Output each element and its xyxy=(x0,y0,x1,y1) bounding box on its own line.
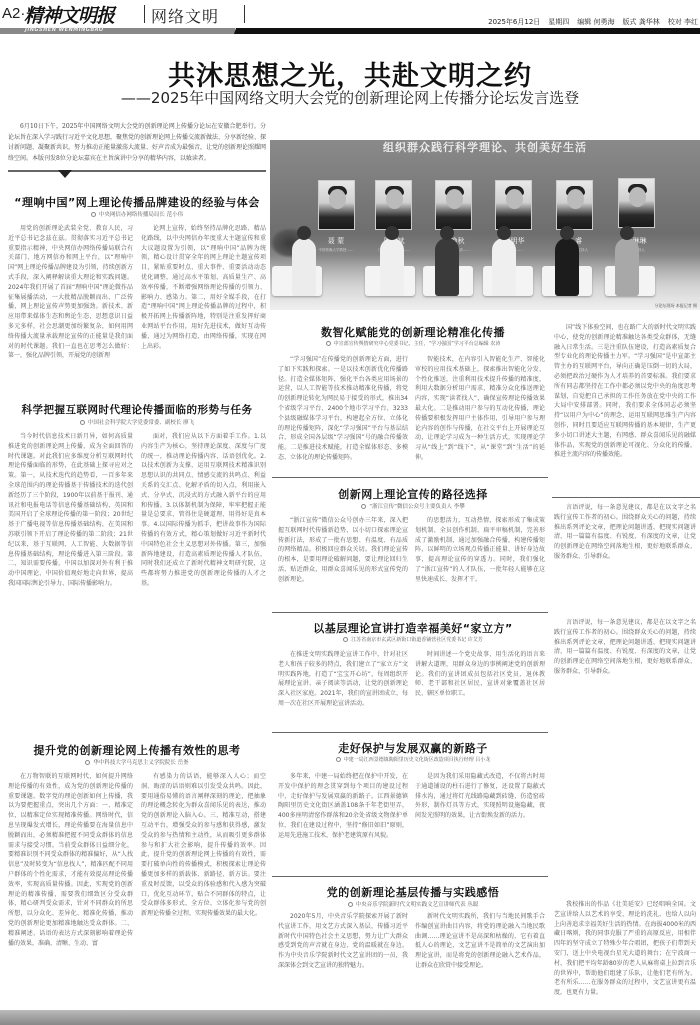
masthead-meta: 2025年6月12日 星期四 编辑 何勇海 版式 龚华林 校对 李红 xyxy=(488,17,698,27)
photo-credit: 分论坛现场 本报记者 摄 xyxy=(654,303,697,309)
article-title: 以基层理论宣讲打造幸福美好“家立方” xyxy=(278,620,548,636)
down-triangle-icon xyxy=(58,170,72,178)
byline-circle-icon xyxy=(326,341,331,346)
guest-figure xyxy=(492,238,516,296)
editor-credit: 编辑 何勇海 xyxy=(577,17,614,27)
article-column: 当今时代信息技术日新月异，如何高质量推进党的创新理论网上传播，成为全面回答的时代… xyxy=(8,432,133,732)
byline-circle-icon xyxy=(85,760,90,765)
article-column: “浙江宣传”微信公众号创办三年来，深入把握互联网时代传播新趋势，以小切口探索理论… xyxy=(278,516,408,611)
masthead: A2· 精神文明报 网络文明 JINGSHEN WENMINGBAO 2025年… xyxy=(0,0,700,36)
article-column: 时间讲述一个党史故事，用生活化的语言来讲解大道理，用群众身边的事例阐述党的创新理… xyxy=(415,650,545,728)
section-divider xyxy=(272,477,548,478)
lede-paragraph: 6月10日下午，2025年中国网络文明大会党的创新理论网上传播分论坛在安徽合肥举… xyxy=(8,122,266,164)
paper-name-logo: 精神文明报 xyxy=(24,1,114,28)
article-byline: 中宣部宣传舆情研究中心党委书记、主任，“学习强国”学习平台总编辑 农涛 xyxy=(272,340,554,347)
page-code: A2· xyxy=(2,5,25,22)
byline-circle-icon xyxy=(336,757,341,762)
guest-figure xyxy=(615,238,639,296)
section-divider xyxy=(272,612,548,613)
panelist-portrait xyxy=(556,180,593,230)
article-title: 创新网上理论宣传的路径选择 xyxy=(278,486,548,502)
guest-figure xyxy=(435,238,459,296)
article-column: 2020年5月，中央音乐学院探索开展了新时代宣讲工作，用文艺方式深入基层，传播习… xyxy=(278,912,408,1007)
proofreader-credit: 校对 李红 xyxy=(668,17,698,27)
article-column: 是因为我们采用隐藏式改造，不仅将古时用于通道铺设的柱石进行了修复，还设置了隐蔽式… xyxy=(415,772,545,872)
article-column: 在万物智联的互联网时代，如何提升网络理论传播的有效性，成为党的创新理论传播的重要… xyxy=(8,772,133,1007)
guest-figure xyxy=(380,238,404,296)
article-column: 多年来，中建一局始终把在保护中开发，在开发中保护的理念贯穿到每个项目的建设过程中… xyxy=(278,772,408,872)
article-byline: 华中科技大学马克思主义学院院长 岳崟 xyxy=(8,758,266,766)
page-subheadline: ——2025年中国网络文明大会党的创新理论网上传播分论坛发言选登 xyxy=(0,87,700,108)
panelist-portrait xyxy=(435,180,472,230)
lede-divider xyxy=(8,170,266,172)
article-title: “理响中国”网上理论传播品牌建设的经验与体会 xyxy=(8,194,266,210)
article-column: 用党的创新理论武装全党、教育人民，习近平总书记念兹在兹。贯彻落实习近平总书记重要… xyxy=(8,224,133,374)
issue-date: 2025年6月12日 xyxy=(488,17,540,27)
article-title: 走好保护与发展双赢的新路子 xyxy=(278,740,548,756)
article-column: “学习强国”在传播党的创新理论方面，进行了如下实践和探索。一是以技术创新优化传播… xyxy=(278,355,408,475)
byline-circle-icon xyxy=(343,637,348,642)
article-column: 有感染力的话语，能够深入人心；而空洞、晦涩的话语则难以引发受众共鸣。因此，要用通… xyxy=(141,772,266,1007)
section-divider xyxy=(272,732,548,733)
panelist-portrait xyxy=(375,180,412,230)
article-byline: 中央网信办网络传播局局长 范小伟 xyxy=(8,210,266,218)
article-byline: 中建一局江西景德镇陶阳里历史文化街区改造项目执行经理 吕小龙 xyxy=(274,756,552,763)
article-column: 言语评说，每一条意见建议，都是在以文字之名践行宣传工作者的初心。围绕群众关心的问… xyxy=(554,503,696,613)
guest-figure xyxy=(292,238,316,296)
article-column: 言语评说，每一条意见建议，都是在以文字之名践行宣传工作者的初心。围绕群众关心的问… xyxy=(554,618,696,898)
article-byline: 江苏省南京市玄武区新街口街道香铺营社区党委书记 许艾芳 xyxy=(274,636,552,643)
panelist-portrait xyxy=(618,178,655,228)
article-column: 面对，我们应从以下方面着手工作。1.以内容生产为核心，坚持理论深度、深度与广度的… xyxy=(141,432,266,732)
panelist-portrait xyxy=(318,180,355,230)
section-divider xyxy=(272,876,548,877)
article-column: 我校推出的作品《壮美延安》已经唱响全国。文艺宣讲给人以艺术的享受、理论的洗礼，也… xyxy=(554,900,696,1007)
masthead-separator xyxy=(244,5,245,23)
article-column: 论网上宣传，始终坚持品牌化思路、精品化路线，以中央网信办年度重大主题宣传和重大议… xyxy=(141,224,266,374)
issue-weekday: 星期四 xyxy=(548,17,569,27)
layout-credit: 版式 龚华林 xyxy=(623,17,660,27)
article-byline: “浙江宣传”微信公众号主要负责人 李攀 xyxy=(278,502,548,510)
article-column: 新时代文明实践所，我们与当地民间歌手合作编创宣讲曲目内容，将党的理论融入当地民歌… xyxy=(415,912,545,1007)
article-byline: 中国社会科学院大学党委常委、副校长 廖飞 xyxy=(8,418,266,426)
article-column: 智能技术，在内容引入智能化生产、智能化审校的应用技术基础上，探索推出智能化分发、… xyxy=(415,355,545,475)
page-bottom-shadow xyxy=(0,1010,700,1025)
byline-circle-icon xyxy=(348,902,353,907)
article-column: 在推进文明实践理论宣讲工作中，针对社区老人和孩子较多的特点，我们建立了“家立方”… xyxy=(278,650,408,728)
article-title: 提升党的创新理论网上传播有效性的思考 xyxy=(8,742,266,758)
forum-photo: 组织群众践行科学理论、共创美好生活 聂 蒙 周敏斌 陶艳秋 刘明华 徐 睿 潘琳… xyxy=(270,140,700,310)
section-name: 网络文明 xyxy=(151,4,219,27)
article-title: 数智化赋能党的创新理论精准化传播 xyxy=(278,324,548,340)
article-column: 国”线下体验空间，也在路广大的新时代文明实践中心，使党的创新理论精准触达各类受众… xyxy=(554,323,696,493)
article-title: 党的创新理论基层传播与实践感悟 xyxy=(278,884,548,900)
masthead-separator xyxy=(144,5,145,23)
paper-pinyin: JINGSHEN WENMINGBAO xyxy=(25,27,104,33)
byline-circle-icon xyxy=(80,420,85,425)
byline-circle-icon xyxy=(361,504,366,509)
article-title: 科学把握互联网时代理论传播面临的形势与任务 xyxy=(4,402,270,417)
photo-banner-text: 组织群众践行科学理论、共创美好生活 xyxy=(270,142,700,154)
section-divider xyxy=(552,497,700,498)
article-byline: 中央音乐学院新时代文明实践文艺宣讲师代表 丛聪 xyxy=(278,900,548,908)
masthead-bar-right xyxy=(234,28,700,34)
panelist-portrait xyxy=(495,180,532,230)
article-column: 的思想活力，互动热情，探索形成了集成策划机制、全员创作机制、扁平审稿机制，完善形… xyxy=(415,516,545,611)
byline-circle-icon xyxy=(91,212,96,217)
guest-figure xyxy=(555,238,579,296)
